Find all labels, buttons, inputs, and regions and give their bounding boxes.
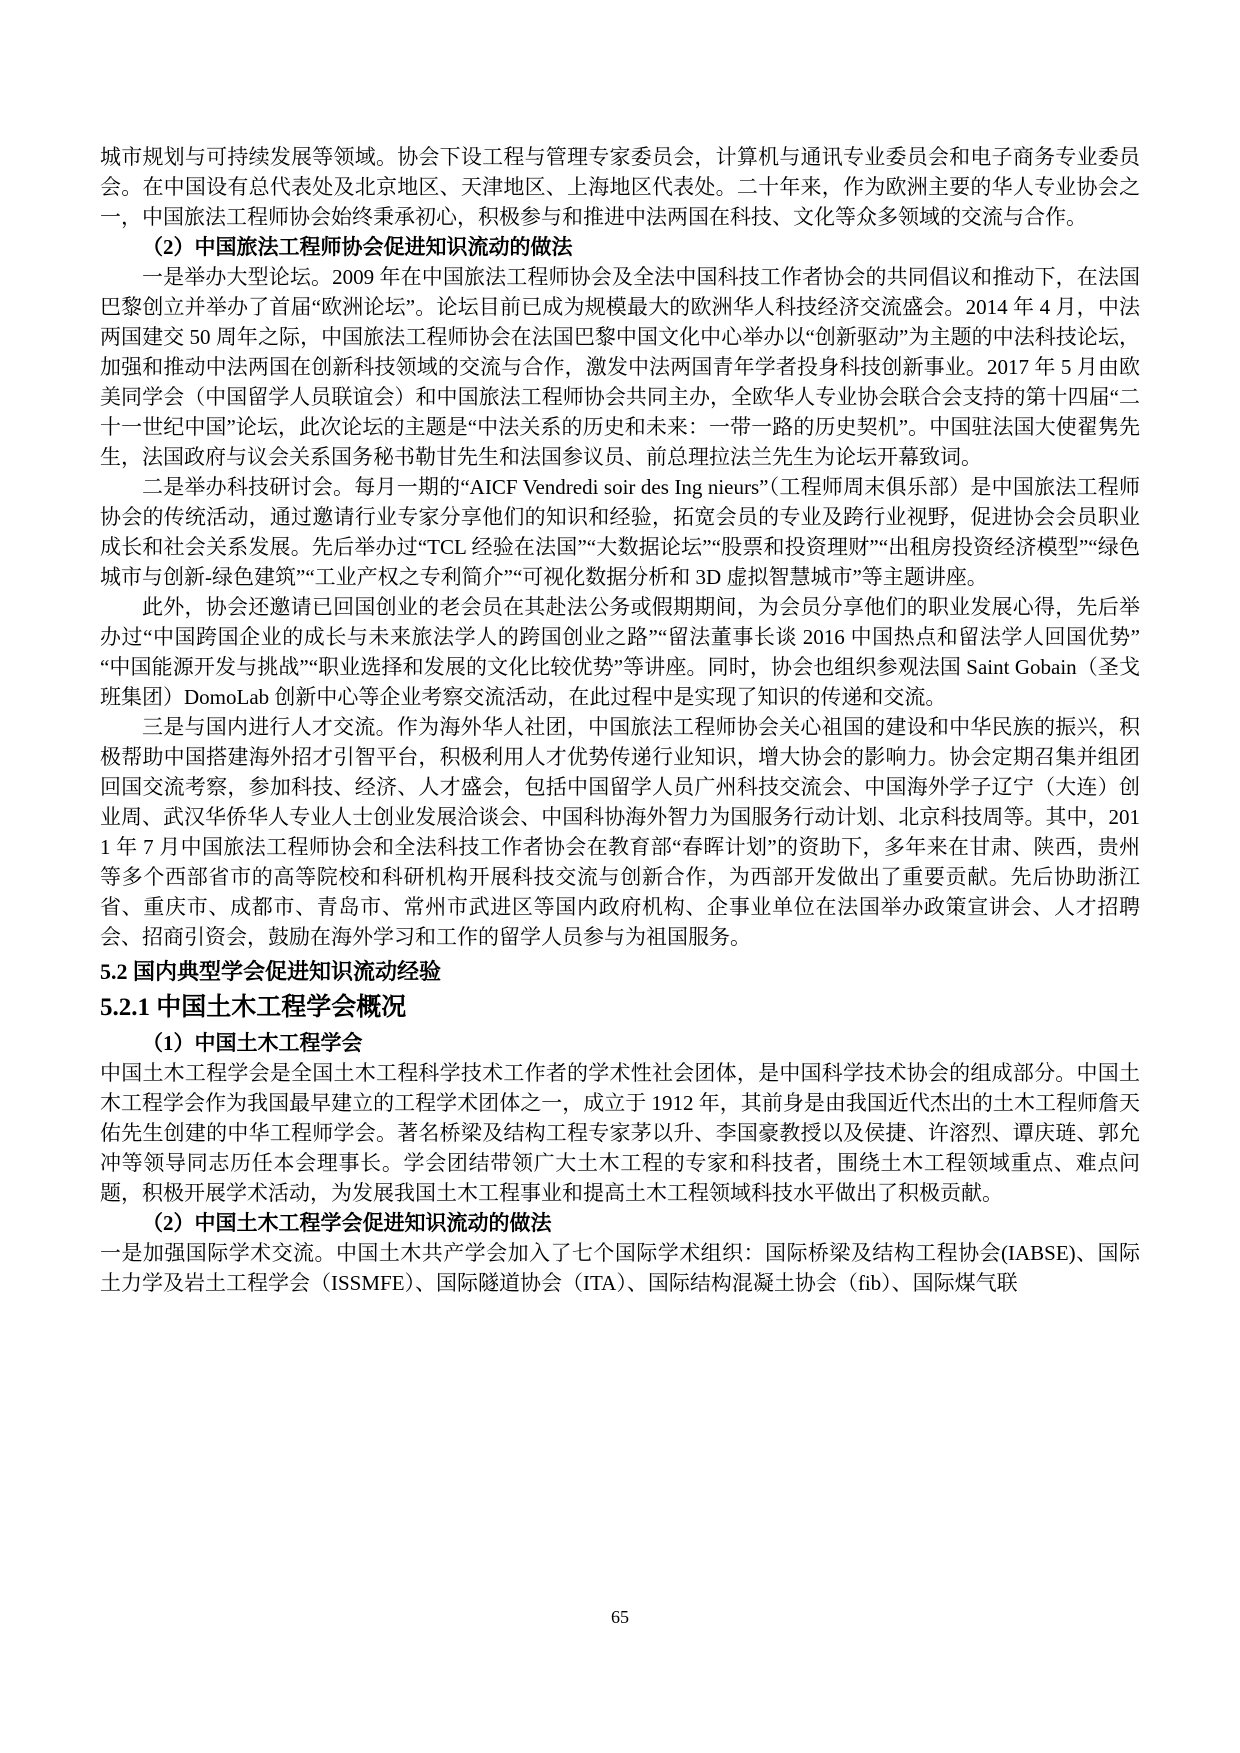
section-heading-5-2: 5.2 国内典型学会促进知识流动经验 [100,956,1140,988]
subheading-aicf-knowledge-flow-practices: （2）中国旅法工程师协会促进知识流动的做法 [100,232,1140,262]
document-page: 城市规划与可持续发展等领域。协会下设工程与管理专家委员会，计算机与通讯专业委员会… [0,0,1240,1753]
page-number: 65 [0,1606,1240,1628]
paragraph-large-forums: 一是举办大型论坛。2009 年在中国旅法工程师协会及全法中国科技工作者协会的共同… [100,262,1140,472]
paragraph-association-overview-continuation: 城市规划与可持续发展等领域。协会下设工程与管理专家委员会，计算机与通讯专业委员会… [100,142,1140,232]
paragraph-ccces-introduction: 中国土木工程学会是全国土木工程科学技术工作者的学术性社会团体，是中国科学技术协会… [100,1058,1140,1208]
paragraph-tech-seminars: 二是举办科技研讨会。每月一期的“AICF Vendredi soir des I… [100,472,1140,592]
paragraph-domestic-talent-exchange: 三是与国内进行人才交流。作为海外华人社团，中国旅法工程师协会关心祖国的建设和中华… [100,712,1140,952]
subheading-ccces-overview: （1）中国土木工程学会 [100,1028,1140,1058]
subheading-ccces-knowledge-flow-practices: （2）中国土木工程学会促进知识流动的做法 [100,1208,1140,1238]
paragraph-international-academic-exchange: 一是加强国际学术交流。中国土木共产学会加入了七个国际学术组织：国际桥梁及结构工程… [100,1238,1140,1298]
paragraph-returnee-lectures: 此外，协会还邀请已回国创业的老会员在其赴法公务或假期期间，为会员分享他们的职业发… [100,592,1140,712]
section-heading-5-2-1: 5.2.1 中国土木工程学会概况 [100,990,1140,1026]
